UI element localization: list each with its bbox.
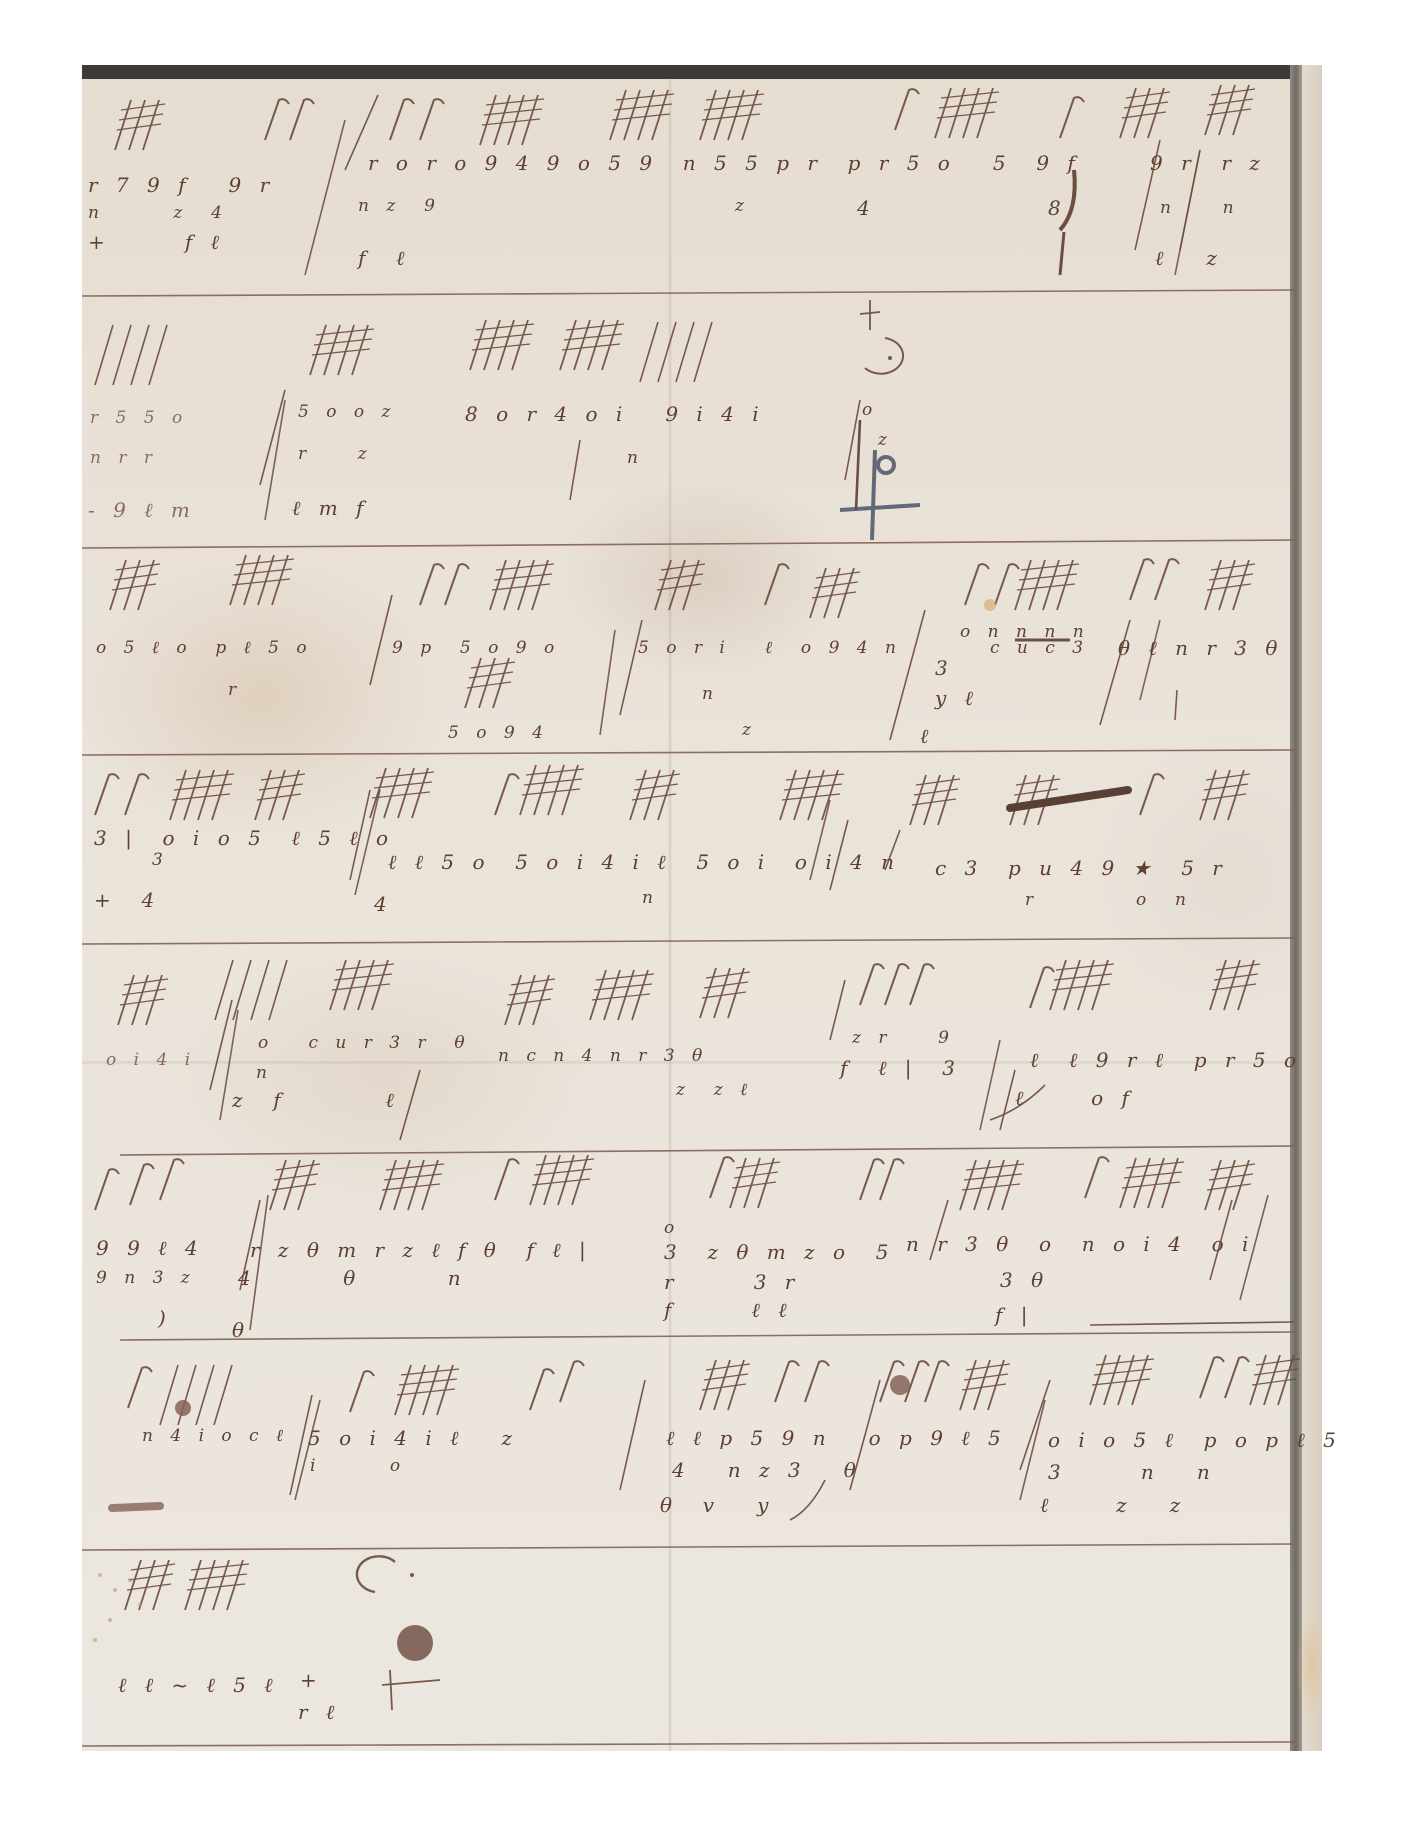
tab-line: f ℓ ℓ: [664, 1300, 793, 1320]
tab-line: z: [742, 722, 757, 739]
tab-line: 9 r r z: [1150, 153, 1266, 173]
tab-line: 3 | o i o 5 ℓ 5 ℓ o: [94, 828, 394, 848]
tab-line: o n: [1136, 892, 1192, 909]
tab-line: r ℓ: [298, 1702, 340, 1722]
tab-line: n: [256, 1065, 273, 1082]
tab-line: n r 3 θ o n o i 4 o i: [906, 1234, 1254, 1254]
tab-line: o 5 ℓ o p ℓ 5 o: [96, 640, 313, 657]
tab-line: n c n 4 n r 3 θ: [498, 1048, 708, 1065]
tab-line: n n: [1160, 200, 1240, 217]
tab-line: o: [862, 402, 878, 419]
tab-line: f |: [995, 1305, 1034, 1325]
tab-line: i o: [310, 1458, 406, 1475]
tab-line: ℓ z z: [1040, 1495, 1186, 1515]
tab-line: z z ℓ: [676, 1082, 753, 1099]
tab-line: o i o 5 ℓ p o p ℓ 5: [1048, 1430, 1342, 1450]
tab-line: 3: [152, 852, 169, 869]
tab-line: 3 z θ m z o 5: [664, 1242, 894, 1262]
tab-line: r: [1025, 892, 1039, 909]
tab-line: ℓ: [920, 726, 934, 746]
tab-line: ℓ ℓ 5 o 5 o i 4 i ℓ 5 o i o i 4 n: [388, 852, 900, 872]
tab-line: ): [158, 1308, 172, 1328]
tab-line: 9 9 ℓ 4: [96, 1238, 204, 1258]
tab-line: o c u r 3 r θ: [258, 1035, 471, 1052]
tab-line: 4: [374, 894, 393, 914]
tab-line: 9 n 3 z: [96, 1270, 196, 1287]
tab-line: ℓ ℓ ~ ℓ 5 ℓ: [118, 1675, 279, 1695]
tab-line: ℓ ℓ 9 r ℓ p r 5 o: [1030, 1050, 1302, 1070]
tablature-glyphs: r 7 9 f 9 r n z 4 + f ℓ r o r o 9 4 9 o …: [0, 0, 1405, 1839]
tab-line: 5 o r i ℓ o 9 4 n: [638, 640, 902, 657]
tab-line: r z θ m r z ℓ f θ f ℓ |: [250, 1240, 592, 1260]
tab-line: n z 9: [358, 198, 441, 215]
tab-line: + f ℓ: [88, 232, 225, 252]
tab-line: θ v y: [660, 1495, 774, 1515]
tab-line: n: [642, 890, 659, 907]
tab-line: c 3 p u 4 9 ★ 5 r: [935, 858, 1228, 878]
tab-line: ℓ z: [1155, 248, 1223, 268]
tab-line: 4 n z 3 θ: [672, 1460, 862, 1480]
tab-line: 3: [935, 658, 954, 678]
tab-line: 5 o i 4 i ℓ z: [308, 1428, 518, 1448]
tab-line: 8: [1048, 198, 1067, 218]
tab-line: 5 o o z: [298, 404, 396, 421]
tab-line: θ ℓ n r 3 θ: [1118, 638, 1283, 658]
tab-line: n: [627, 450, 644, 467]
tab-line: 3 n n: [1048, 1462, 1216, 1482]
tab-line: 5 o 9 4: [448, 725, 549, 742]
tab-line: z: [878, 432, 893, 449]
tab-line: 4: [857, 198, 876, 218]
tab-line: r 3 r: [664, 1272, 800, 1292]
tab-line: 9 p 5 o 9 o: [392, 640, 560, 657]
tab-line: +: [300, 1670, 323, 1690]
tab-line: r 5 5 o: [90, 410, 188, 427]
tab-line: z f ℓ: [232, 1090, 400, 1110]
tab-line: r 7 9 f 9 r: [88, 175, 275, 195]
tab-line: n z 4: [88, 205, 228, 222]
tab-line: 3 θ: [1000, 1270, 1049, 1290]
tab-line: f ℓ: [358, 248, 410, 268]
tab-line: y ℓ: [935, 688, 979, 708]
tab-line: n: [702, 686, 719, 703]
tab-line: r z: [298, 446, 373, 463]
tab-line: o: [664, 1220, 680, 1237]
tab-line: c u c 3: [990, 640, 1089, 657]
tab-line: z: [735, 198, 750, 215]
tab-line: - 9 ℓ m: [88, 500, 196, 520]
tab-line: n 4 i o c ℓ: [142, 1428, 289, 1445]
tab-line: r: [228, 682, 242, 699]
tab-line: 4 θ n: [238, 1268, 467, 1288]
tab-line: f ℓ | 3: [840, 1058, 961, 1078]
tab-line: r o r o 9 4 9 o 5 9 n 5 5 p r p r 5 o 5 …: [368, 153, 1081, 173]
tab-line: z r 9: [852, 1030, 955, 1047]
tab-line: ℓ ℓ p 5 9 n o p 9 ℓ 5: [666, 1428, 1007, 1448]
tab-line: + 4: [94, 890, 160, 910]
tab-line: θ: [232, 1320, 250, 1340]
tab-line: o i 4 i: [106, 1052, 196, 1069]
tab-line: n r r: [90, 450, 158, 467]
tab-line: ℓ m f: [292, 498, 369, 518]
tab-line: 8 o r 4 o i 9 i 4 i: [465, 404, 765, 424]
tab-line: ℓ o f: [1015, 1088, 1135, 1108]
